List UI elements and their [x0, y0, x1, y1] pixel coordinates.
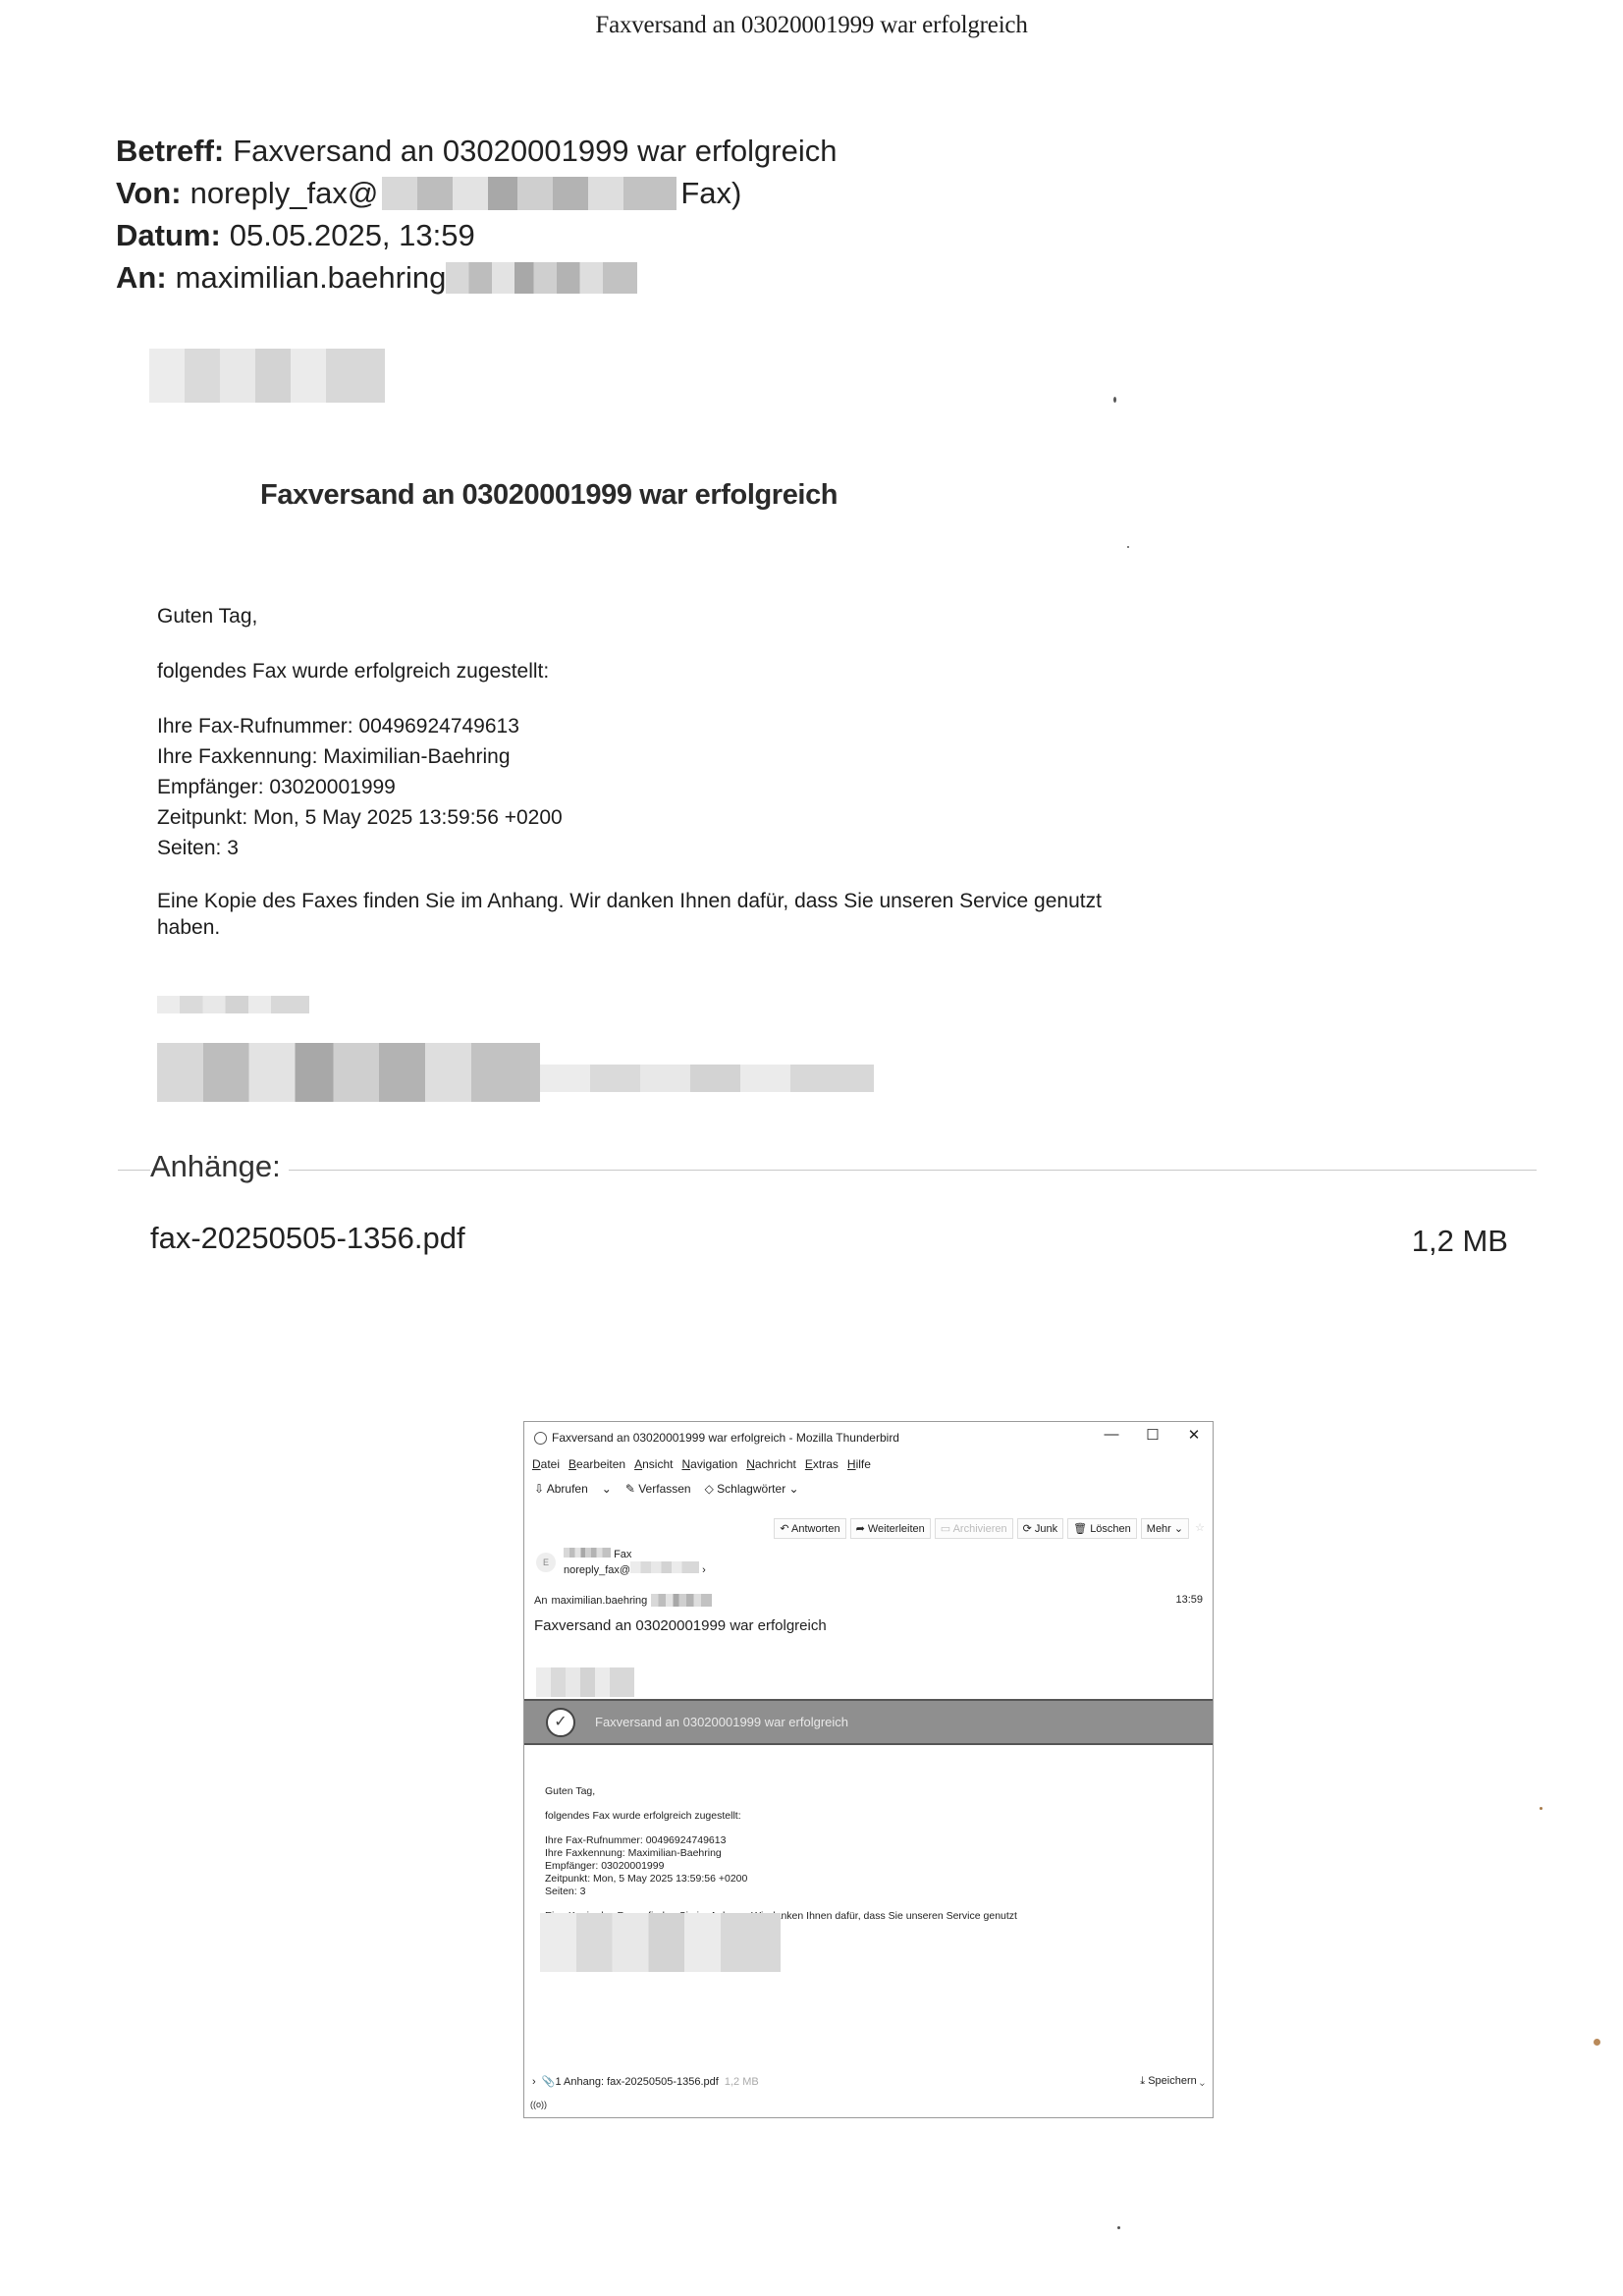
detail-pages: Seiten: 3 — [157, 833, 1198, 863]
from-label: Von: — [116, 172, 182, 214]
scan-speck — [1127, 546, 1129, 548]
date-label: Datum: — [116, 214, 221, 256]
star-icon[interactable]: ☆ — [1193, 1518, 1207, 1539]
window-title: Faxversand an 03020001999 war erfolgreic… — [552, 1431, 899, 1445]
meta-to: An: maximilian.baehring — [116, 256, 837, 299]
tag-icon: ◇ — [705, 1482, 718, 1496]
recipient-row: An maximilian.baehring — [534, 1594, 712, 1607]
delete-button[interactable]: 🗑 Löschen — [1067, 1518, 1137, 1539]
get-mail-button[interactable]: ⇩ Abrufen — [534, 1482, 588, 1496]
window-controls: — ☐ ✕ — [1101, 1426, 1205, 1444]
to-value: maximilian.baehring — [176, 256, 447, 299]
main-toolbar: ⇩ Abrufen ⌄ ✎ Verfassen ◇ Schlagwörter ⌄ — [534, 1482, 799, 1496]
fax-details: Ihre Fax-Rufnummer: 00496924749613 Ihre … — [545, 1834, 1055, 1898]
redacted-block — [446, 262, 637, 294]
menu-hilfe[interactable]: Hilfe — [847, 1457, 871, 1471]
scan-speck — [1117, 2226, 1120, 2229]
attachments-heading: Anhänge: — [150, 1149, 289, 1184]
menu-extras[interactable]: Extras — [805, 1457, 839, 1471]
compose-button[interactable]: ✎ Verfassen — [625, 1482, 691, 1496]
date-value: 05.05.2025, 13:59 — [230, 214, 475, 256]
detail-fax-number: Ihre Fax-Rufnummer: 00496924749613 — [545, 1834, 1055, 1847]
checkmark-icon: ✓ — [546, 1708, 575, 1737]
redacted-signature — [540, 1913, 781, 1972]
redacted-signature — [157, 1043, 540, 1102]
print-header: Faxversand an 03020001999 war erfolgreic… — [0, 12, 1623, 39]
menu-bearbeiten[interactable]: Bearbeiten — [568, 1457, 625, 1471]
pencil-icon: ✎ — [625, 1482, 638, 1496]
greeting: Guten Tag, — [545, 1785, 1055, 1798]
save-icon: ⤓ — [1140, 2075, 1148, 2087]
sender: E Fax noreply_fax@ › — [536, 1548, 706, 1577]
thunderbird-screenshot: Faxversand an 03020001999 war erfolgreic… — [523, 1421, 1214, 2118]
banner-text: Faxversand an 03020001999 war erfolgreic… — [595, 1715, 848, 1729]
sender-address[interactable]: noreply_fax@ — [564, 1564, 630, 1576]
scan-speck — [1594, 2039, 1600, 2046]
junk-button[interactable]: ⟳ Junk — [1017, 1518, 1064, 1539]
from-suffix: Fax) — [680, 172, 741, 214]
tags-button[interactable]: ◇ Schlagwörter ⌄ — [705, 1482, 799, 1496]
more-button[interactable]: Mehr ⌄ — [1141, 1518, 1189, 1539]
detail-timestamp: Zeitpunkt: Mon, 5 May 2025 13:59:56 +020… — [545, 1873, 1055, 1886]
to-label: An — [534, 1595, 547, 1607]
window-title-bar: Faxversand an 03020001999 war erfolgreic… — [534, 1431, 899, 1445]
message-time: 13:59 — [1175, 1594, 1203, 1606]
fax-details: Ihre Fax-Rufnummer: 00496924749613 Ihre … — [157, 711, 1198, 863]
download-icon: ⇩ — [534, 1482, 547, 1496]
greeting: Guten Tag, — [157, 601, 1198, 631]
menu-datei[interactable]: Datei — [532, 1457, 560, 1471]
close-icon[interactable]: ✕ — [1183, 1426, 1205, 1444]
redacted-block — [564, 1548, 611, 1558]
success-banner: ✓ Faxversand an 03020001999 war erfolgre… — [524, 1699, 1214, 1745]
menu-nachricht[interactable]: Nachricht — [746, 1457, 796, 1471]
attachment-size: 1,2 MB — [725, 2076, 759, 2088]
thunderbird-logo-icon — [534, 1432, 547, 1445]
status-icon: ((o)) — [530, 2100, 547, 2109]
redacted-logo — [149, 349, 385, 403]
maximize-icon[interactable]: ☐ — [1142, 1426, 1163, 1444]
archive-button[interactable]: ▭ Archivieren — [935, 1518, 1013, 1539]
subject-value: Faxversand an 03020001999 war erfolgreic… — [233, 130, 837, 172]
redacted-block — [382, 177, 676, 210]
intro: folgendes Fax wurde erfolgreich zugestel… — [545, 1810, 1055, 1823]
detail-timestamp: Zeitpunkt: Mon, 5 May 2025 13:59:56 +020… — [157, 802, 1198, 833]
meta-subject: Betreff: Faxversand an 03020001999 war e… — [116, 130, 837, 172]
divider — [118, 1170, 1537, 1171]
to-address[interactable]: maximilian.baehring — [551, 1595, 647, 1607]
mail-body: Guten Tag, folgendes Fax wurde erfolgrei… — [157, 601, 1198, 965]
message-subject: Faxversand an 03020001999 war erfolgreic… — [534, 1617, 827, 1634]
redacted-block — [651, 1594, 712, 1607]
redacted-signature — [157, 996, 309, 1013]
expand-chevron-icon[interactable]: › — [532, 2076, 542, 2088]
redacted-logo — [536, 1667, 634, 1697]
redacted-signature — [540, 1065, 874, 1092]
message-actions: ↶ Antworten ➦ Weiterleiten ▭ Archivieren… — [774, 1518, 1207, 1539]
detail-recipient: Empfänger: 03020001999 — [545, 1860, 1055, 1873]
to-label: An: — [116, 256, 167, 299]
detail-fax-id: Ihre Faxkennung: Maximilian-Baehring — [157, 741, 1198, 772]
from-value: noreply_fax@ — [190, 172, 379, 214]
email-meta: Betreff: Faxversand an 03020001999 war e… — [116, 130, 837, 299]
attachment-label[interactable]: 1 Anhang: fax-20250505-1356.pdf — [555, 2076, 718, 2088]
menu-bar: Datei Bearbeiten Ansicht Navigation Nach… — [532, 1457, 871, 1471]
meta-date: Datum: 05.05.2025, 13:59 — [116, 214, 837, 256]
detail-fax-number: Ihre Fax-Rufnummer: 00496924749613 — [157, 711, 1198, 741]
intro: folgendes Fax wurde erfolgreich zugestel… — [157, 656, 1198, 686]
save-button[interactable]: ⤓ Speichern ⌄ — [1140, 2075, 1205, 2088]
reply-button[interactable]: ↶ Antworten — [774, 1518, 845, 1539]
meta-from: Von: noreply_fax@ Fax) — [116, 172, 837, 214]
menu-ansicht[interactable]: Ansicht — [634, 1457, 673, 1471]
mail-title: Faxversand an 03020001999 war erfolgreic… — [260, 479, 838, 512]
menu-navigation[interactable]: Navigation — [681, 1457, 737, 1471]
attachment-size: 1,2 MB — [1412, 1224, 1508, 1259]
scan-speck — [1113, 397, 1116, 403]
closing: Eine Kopie des Faxes finden Sie im Anhan… — [157, 888, 1159, 941]
attachment-bar: › 📎 1 Anhang: fax-20250505-1356.pdf 1,2 … — [532, 2075, 1205, 2088]
detail-fax-id: Ihre Faxkennung: Maximilian-Baehring — [545, 1847, 1055, 1860]
attachment-link[interactable]: fax-20250505-1356.pdf — [150, 1221, 465, 1256]
scan-speck — [1540, 1807, 1542, 1810]
subject-label: Betreff: — [116, 130, 224, 172]
sender-name: Fax — [614, 1549, 631, 1560]
redacted-block — [630, 1561, 699, 1573]
detail-pages: Seiten: 3 — [545, 1886, 1055, 1898]
paperclip-icon: 📎 — [542, 2075, 556, 2088]
chevron-down-icon[interactable]: ⌄ — [602, 1482, 612, 1496]
detail-recipient: Empfänger: 03020001999 — [157, 772, 1198, 802]
avatar: E — [536, 1553, 556, 1572]
minimize-icon[interactable]: — — [1101, 1426, 1122, 1444]
forward-button[interactable]: ➦ Weiterleiten — [850, 1518, 931, 1539]
